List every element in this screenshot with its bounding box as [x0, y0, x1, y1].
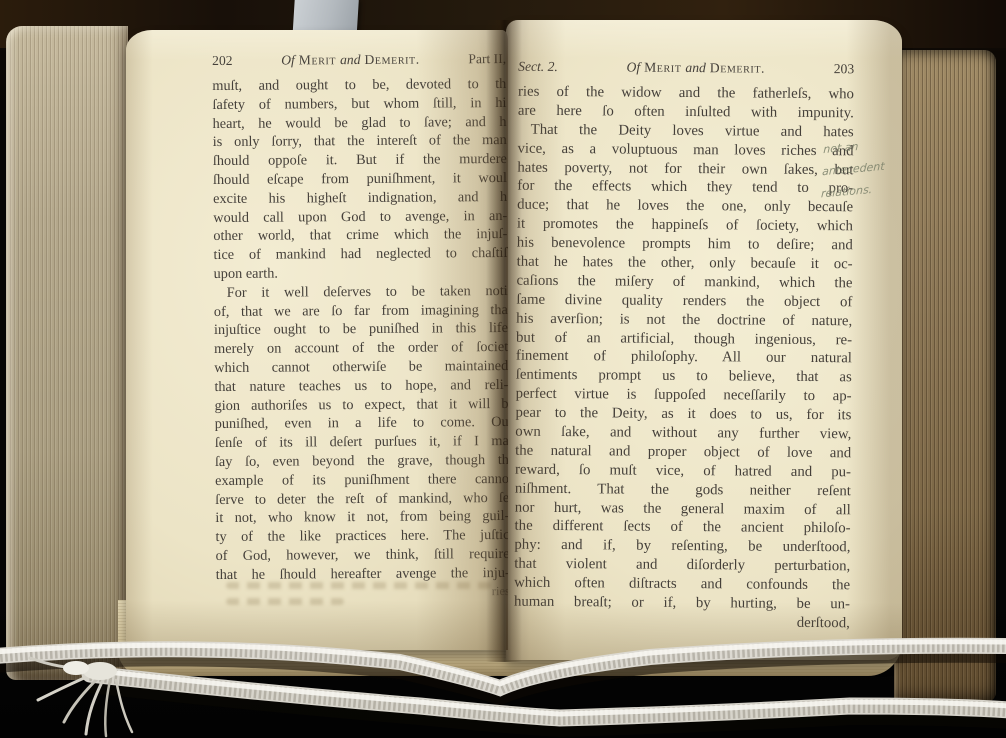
- text-line: it promotes the happineſs of ſociety, wh…: [517, 216, 853, 238]
- text-line: ſhould oppoſe it. But if the murdere: [213, 151, 507, 172]
- text-line: would call upon God to avenge, in an-: [213, 208, 507, 229]
- text-line: caſions the miſery of mankind, which the: [516, 273, 852, 295]
- handwritten-marginalia: not anantecedentrelations.: [820, 132, 897, 205]
- text-line: puniſhed, even in a life to come. Ou: [215, 414, 508, 435]
- section-label: Sect. 2.: [518, 59, 558, 75]
- text-line: merely on account of the order of ſociet: [214, 339, 508, 360]
- text-line: is only ſorry, that the intereſt of the …: [213, 132, 507, 153]
- lower-cord-shadow: [90, 684, 1006, 728]
- text-line: that nature teaches us to hope, and reli…: [214, 377, 508, 398]
- text-line: ſafety of numbers, but whom ſtill, in hi: [212, 95, 506, 116]
- right-page-number: 203: [834, 61, 855, 77]
- text-line: of, that we are ſo far from imagining th…: [214, 302, 508, 323]
- text-line: muſt, and ought to be, devoted to th: [212, 76, 506, 97]
- text-line: upon earth.: [214, 264, 508, 285]
- text-line: ty of the like practices here. The juſti…: [215, 527, 508, 548]
- text-line: heart, he would be glad to ſave; and h: [213, 114, 507, 135]
- text-line: ſhould eſcape from puniſhment, it woul: [213, 170, 507, 191]
- text-line: which cannot otherwiſe be maintained: [214, 358, 508, 379]
- right-page-text-block: Sect. 2. OfMeritandDemerit. 203 ries of …: [514, 59, 854, 634]
- text-line: injuſtice ought to be puniſhed in this l…: [214, 320, 508, 341]
- lower-cord: [90, 674, 1006, 718]
- left-page-body: muſt, and ought to be, devoted to thſafe…: [212, 76, 508, 604]
- text-line: ſenſe of its ill deſert purſues it, if I…: [215, 433, 508, 454]
- text-line: example of its puniſhment there canno: [215, 471, 508, 492]
- text-line: of God, however, we think, ſtill require: [216, 546, 508, 567]
- running-title: OfMeritandDemerit.: [626, 60, 765, 77]
- text-line: ſay ſo, even beyond the grave, though th: [215, 452, 508, 473]
- running-title: OfMeritandDemerit.: [281, 52, 420, 69]
- text-line: other world, that crime which the injuſ-: [213, 226, 507, 247]
- text-line: ſerve to deter the reſt of mankind, who …: [215, 490, 508, 511]
- right-page-body: ries of the widow and the fatherleſs, wh…: [514, 84, 854, 634]
- text-line: it not, who know it not, from being guil…: [215, 508, 508, 529]
- left-page-number: 202: [212, 53, 233, 69]
- lower-cord-highlight: [90, 670, 1006, 714]
- photo-background: 202 OfMeritandDemerit. Part II, muſt, an…: [0, 0, 1006, 738]
- text-line: excite his higheſt indignation, and h: [213, 189, 507, 210]
- text-line: tice of mankind had neglected to chaſtiſ: [213, 245, 507, 266]
- right-page-header: Sect. 2. OfMeritandDemerit. 203: [518, 59, 854, 78]
- right-page: Sect. 2. OfMeritandDemerit. 203 ries of …: [506, 20, 902, 660]
- left-foredge-pages: [6, 26, 128, 680]
- text-line: derſtood,: [514, 613, 850, 635]
- right-foredge-pages: [894, 50, 996, 702]
- text-line: ries: [216, 583, 508, 604]
- text-line: gion authoriſes us to expect, that it wi…: [214, 396, 508, 417]
- text-line: that he hates the other, only becauſe it…: [517, 254, 853, 276]
- left-page: 202 OfMeritandDemerit. Part II, muſt, an…: [126, 30, 508, 650]
- left-page-header: 202 OfMeritandDemerit. Part II,: [212, 51, 506, 69]
- text-line: For it well deſerves to be taken noti: [214, 283, 508, 304]
- text-line: that he ſhould hereafter avenge the inju…: [216, 565, 508, 586]
- part-label: Part II,: [468, 51, 506, 67]
- lower-cord-braid: [90, 674, 1006, 718]
- left-page-text-block: 202 OfMeritandDemerit. Part II, muſt, an…: [212, 51, 508, 604]
- text-line: his benevolence prompts him to deſire; a…: [517, 235, 853, 257]
